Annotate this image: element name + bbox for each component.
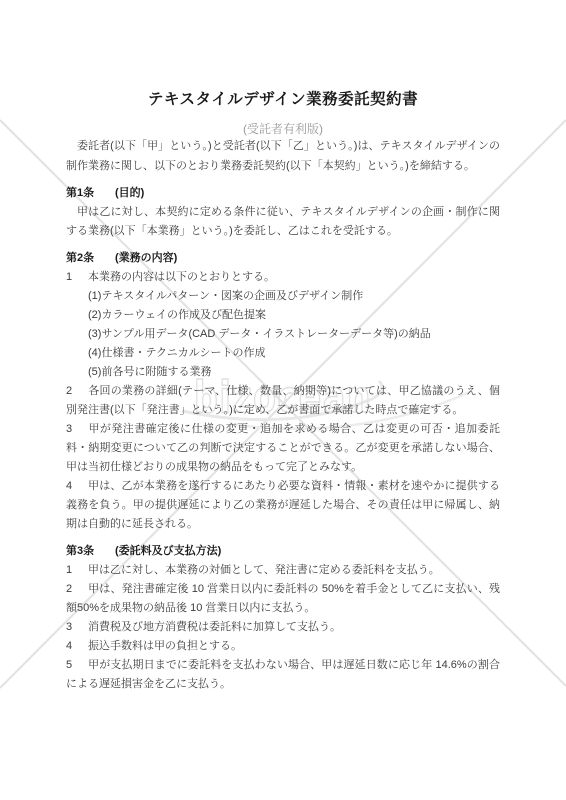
- clause-number: 4: [66, 477, 88, 496]
- clause-paragraph: 4甲は、乙が本業務を遂行するにあたり必要な資料・情報・素材を速やかに提供する義務…: [66, 477, 500, 534]
- article-number: 第3条: [66, 542, 115, 561]
- clause-number: 3: [66, 618, 88, 637]
- article-heading: 第1条(目的): [66, 184, 500, 203]
- clause-paragraph: 3甲が発注書確定後に仕様の変更・追加を求める場合、乙は変更の可否・追加委託料・納…: [66, 420, 500, 477]
- intro-paragraph: 委託者(以下「甲」という。)と受託者(以下「乙」という。)は、テキスタイルデザイ…: [66, 136, 500, 176]
- clause-paragraph: 3消費税及び地方消費税は委託料に加算して支払う。: [66, 618, 500, 637]
- contract-document-page: bizocean テキスタイルデザイン業務委託契約書 (受託者有利版) 委託者(…: [0, 0, 566, 800]
- sub-item: (4)仕様書・テクニカルシートの作成: [88, 344, 500, 363]
- clause-number: 4: [66, 637, 88, 656]
- clause-paragraph: 2甲は、発注書確定後 10 営業日以内に委託料の 50%を着手金として乙に支払い…: [66, 580, 500, 618]
- sub-item: (3)サンプル用データ(CAD データ・イラストレーターデータ等)の納品: [88, 325, 500, 344]
- clause-number: 5: [66, 656, 88, 675]
- clause-number: 2: [66, 580, 88, 599]
- article-heading: 第3条(委託料及び支払方法): [66, 542, 500, 561]
- clause-number: 2: [66, 382, 88, 401]
- article-caption: (目的): [115, 187, 144, 199]
- sub-item: (1)テキスタイルパターン・図案の企画及びデザイン制作: [88, 287, 500, 306]
- document-title: テキスタイルデザイン業務委託契約書: [66, 91, 500, 108]
- clause-paragraph: 1甲は乙に対し、本業務の対価として、発注書に定める委託料を支払う。: [66, 561, 500, 580]
- clause-number: 1: [66, 268, 88, 287]
- article-caption: (委託料及び支払方法): [115, 545, 221, 557]
- clause-paragraph: 5甲が支払期日までに委託料を支払わない場合、甲は遅延日数に応じ年 14.6%の割…: [66, 656, 500, 694]
- clause-paragraph: 甲は乙に対し、本契約に定める条件に従い、テキスタイルデザインの企画・制作に関する…: [66, 203, 500, 241]
- clause-number: 3: [66, 420, 88, 439]
- sub-item: (5)前各号に附随する業務: [88, 363, 500, 382]
- article-number: 第1条: [66, 184, 115, 203]
- article-caption: (業務の内容): [115, 252, 177, 264]
- document-body: テキスタイルデザイン業務委託契約書 (受託者有利版) 委託者(以下「甲」という。…: [0, 0, 566, 694]
- clause-paragraph: 4振込手数料は甲の負担とする。: [66, 637, 500, 656]
- articles-container: 第1条(目的)甲は乙に対し、本契約に定める条件に従い、テキスタイルデザインの企画…: [66, 184, 500, 694]
- sub-item: (2)カラーウェイの作成及び配色提案: [88, 306, 500, 325]
- document-subtitle: (受託者有利版): [66, 123, 500, 136]
- clause-paragraph: 2各回の業務の詳細(テーマ、仕様、数量、納期等)については、甲乙協議のうえ、個別…: [66, 382, 500, 420]
- article-heading: 第2条(業務の内容): [66, 249, 500, 268]
- clause-number: 1: [66, 561, 88, 580]
- article-number: 第2条: [66, 249, 115, 268]
- clause-paragraph: 1本業務の内容は以下のとおりとする。: [66, 268, 500, 287]
